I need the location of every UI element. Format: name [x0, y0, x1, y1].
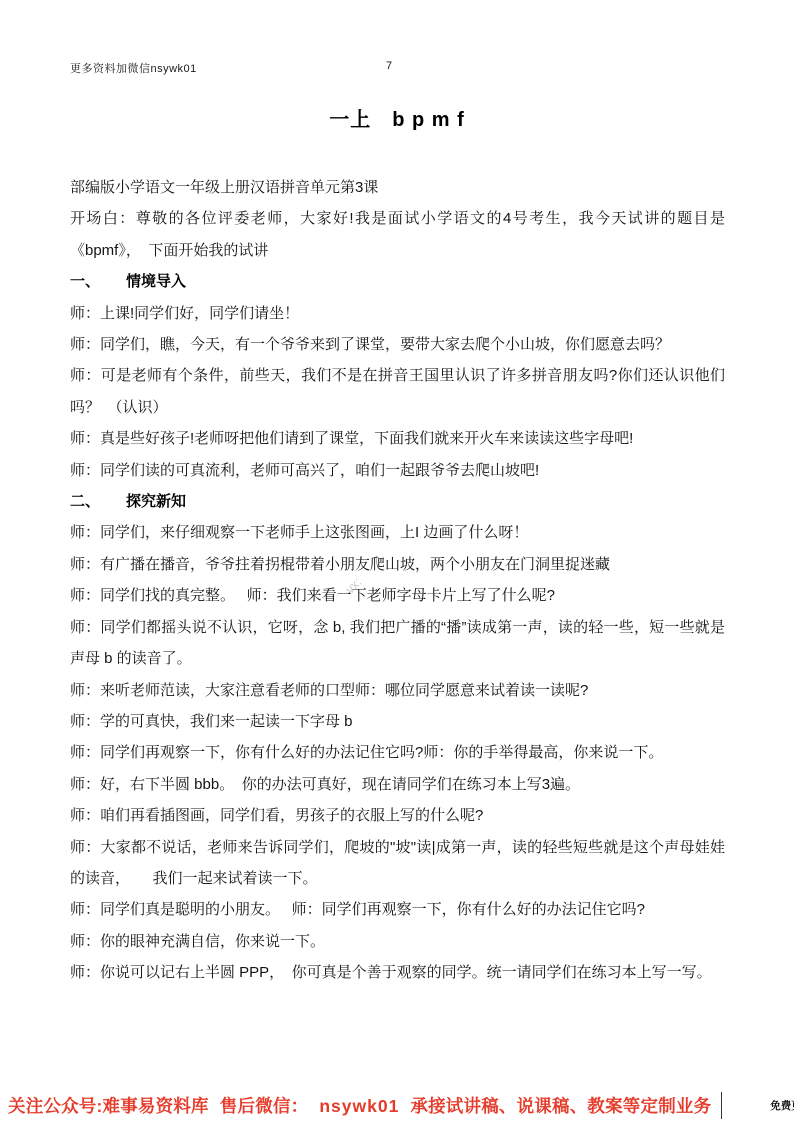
- footer-note: 免费更新考前押题 请加微信: [770, 1098, 794, 1113]
- paragraph-dialogue: 师：可是老师有个条件，前些天，我们不是在拼音王国里认识了许多拼音朋友吗?你们还认…: [70, 360, 725, 423]
- paragraph-dialogue: 师：你说可以记右上半圆 PPP， 你可真是个善于观察的同学。统一请同学们在练习本…: [70, 957, 725, 988]
- footer-promo: 关注公众号:难事易资料库 售后微信： nsywk01 承接试讲稿、说课稿、教案等…: [8, 1093, 717, 1118]
- paragraph-dialogue: 师：同学们，来仔细观察一下老师手上这张图画，上I 边画了什么呀！: [70, 517, 725, 548]
- footer-divider: [721, 1092, 722, 1119]
- paragraph-dialogue: 师：学的可真快，我们来一起读一下字母 b: [70, 706, 725, 737]
- paragraph-opening: 开场白：尊敬的各位评委老师，大家好!我是面试小学语文的4号考生，我今天试讲的题目…: [70, 203, 725, 266]
- footer-promo-services: 承接试讲稿、说课稿、教案等定制业务: [410, 1096, 711, 1116]
- document-title: 一上 b p m f: [0, 103, 794, 132]
- section-title: 探究新知: [126, 493, 186, 510]
- paragraph-dialogue: 师：上课!同学们好，同学们请坐！: [70, 298, 725, 329]
- section-number: 一、: [70, 266, 126, 297]
- section-heading-2: 二、探究新知: [70, 486, 725, 517]
- paragraph-dialogue: 师：同学们读的可真流利，老师可高兴了，咱们一起跟爷爷去爬山坡吧!: [70, 455, 725, 486]
- header-note: 更多资料加微信nsywk01: [70, 60, 197, 76]
- paragraph-dialogue: 师：同学们，瞧，今天，有一个爷爷来到了课堂，要带大家去爬个小山坡，你们愿意去吗？: [70, 329, 725, 360]
- section-number: 二、: [70, 486, 126, 517]
- footer-wechat-id: nsywk01: [319, 1096, 399, 1116]
- section-heading-1: 一、情境导入: [70, 266, 725, 297]
- footer-promo-wechat-label: 售后微信：: [220, 1096, 309, 1116]
- document-page: 更多资料加微信nsywk01 7 一上 b p m f 部编版小学语文一年级上册…: [0, 0, 794, 1122]
- document-body: 部编版小学语文一年级上册汉语拼音单元第3课 开场白：尊敬的各位评委老师，大家好!…: [70, 172, 725, 989]
- paragraph-dialogue: 师：大家都不说话，老师来告诉同学们，爬坡的"坡"读|成第一声，读的轻些短些就是这…: [70, 832, 725, 895]
- section-title: 情境导入: [126, 273, 186, 290]
- paragraph-dialogue: 师：同学们找的真完整。 师：我们来看一下老师字母卡片上写了什么呢?: [70, 580, 725, 611]
- paragraph-dialogue: 师：同学们都摇头说不认识，它呀，念 b, 我们把广播的“播”读成第一声，读的轻一…: [70, 612, 725, 675]
- paragraph-dialogue: 师：你的眼神充满自信，你来说一下。: [70, 926, 725, 957]
- paragraph-dialogue: 师：同学们再观察一下，你有什么好的办法记住它吗?师：你的手举得最高，你来说一下。: [70, 737, 725, 768]
- paragraph-dialogue: 师：有广播在播音，爷爷拄着拐棍带着小朋友爬山坡，两个小朋友在门洞里捉迷藏: [70, 549, 725, 580]
- footer-promo-account: 关注公众号:难事易资料库: [8, 1096, 209, 1116]
- paragraph-dialogue: 师：咱们再看插图画，同学们看，男孩子的衣服上写的什么呢?: [70, 800, 725, 831]
- paragraph-lesson-source: 部编版小学语文一年级上册汉语拼音单元第3课: [70, 172, 725, 203]
- paragraph-dialogue: 师：好，右下半圆 bbb。 你的办法可真好，现在请同学们在练习本上写3遍。: [70, 769, 725, 800]
- page-footer: 关注公众号:难事易资料库 售后微信： nsywk01 承接试讲稿、说课稿、教案等…: [8, 1092, 786, 1119]
- paragraph-dialogue: 师：来听老师范读，大家注意看老师的口型师：哪位同学愿意来试着读一读呢?: [70, 675, 725, 706]
- page-number: 7: [386, 60, 392, 72]
- paragraph-dialogue: 师：同学们真是聪明的小朋友。 师：同学们再观察一下，你有什么好的办法记住它吗?: [70, 894, 725, 925]
- paragraph-dialogue: 师：真是些好孩子!老师呀把他们请到了课堂，下面我们就来开火车来读读这些字母吧!: [70, 423, 725, 454]
